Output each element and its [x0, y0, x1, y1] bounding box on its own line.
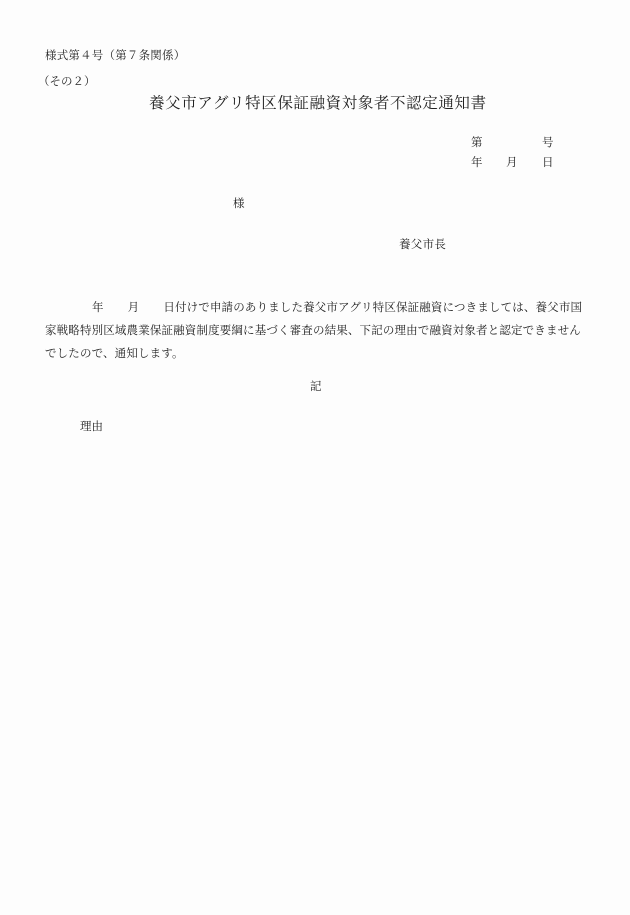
body-paragraph: 年月日付けで申請のありました養父市アグリ特区保証融資につきましては、養父市国 家…	[45, 296, 590, 365]
body-line-3: でしたので、通知します。	[45, 342, 590, 365]
document-title: 養父市アグリ特区保証融資対象者不認定通知書	[149, 91, 487, 113]
date-year: 年	[471, 154, 483, 170]
form-number: 様式第４号（第７条関係）	[45, 47, 185, 63]
sender-name: 養父市長	[399, 236, 446, 252]
body-month: 月	[128, 300, 140, 314]
body-year: 年	[92, 300, 104, 314]
reference-dai: 第	[471, 134, 483, 150]
ki-heading: 記	[310, 378, 322, 394]
body-line-1: 年月日付けで申請のありました養父市アグリ特区保証融資につきましては、養父市国	[45, 296, 590, 319]
reason-label: 理由	[80, 418, 103, 434]
sub-number: （その２）	[38, 73, 96, 89]
body-line-2: 家戦略特別区域農業保証融資制度要綱に基づく審査の結果、下記の理由で融資対象者と認…	[45, 319, 590, 342]
reference-go: 号	[542, 134, 554, 150]
body-line-1-text: 日付けで申請のありました養父市アグリ特区保証融資につきましては、養父市国	[163, 300, 582, 314]
date-day: 日	[542, 154, 554, 170]
date-month: 月	[506, 154, 518, 170]
addressee-suffix: 様	[233, 195, 245, 211]
